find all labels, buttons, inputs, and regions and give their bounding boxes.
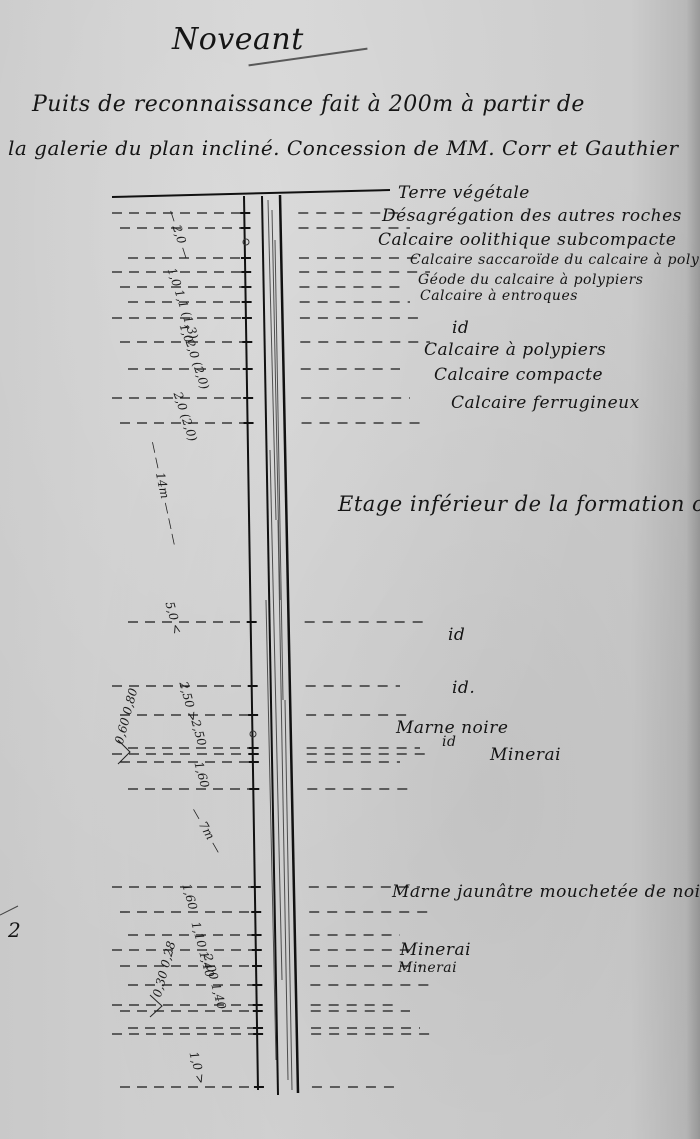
stratum-label-id-4: id — [442, 734, 456, 750]
stratum-label-marne-jaunatre: Marne jaunâtre mouchetée de noir — [392, 882, 700, 902]
stratum-label-calcaire-compacte: Calcaire compacte — [434, 365, 603, 385]
shaft-wall-left — [262, 196, 278, 1095]
stratum-label-minerai-1: Minerai — [490, 745, 561, 765]
stratum-label-calcaire-oolithique: Calcaire oolithique subcompacte — [378, 230, 676, 250]
shaft-wall-right — [280, 195, 298, 1093]
surface-line — [112, 190, 390, 197]
stratum-label-minerai-3: Minerai — [398, 960, 457, 976]
stratum-label-id-2: id — [448, 625, 465, 645]
stratum-label-calcaire-ferrugineux: Calcaire ferrugineux — [451, 393, 640, 413]
document-page: Noveant Puits de reconnaissance fait à 2… — [0, 0, 700, 1139]
well-log-diagram — [0, 0, 700, 1139]
margin-note: 2 — [8, 918, 21, 942]
stratum-label-etage-inferieur: Etage inférieur de la formation oolith. — [338, 492, 700, 516]
stratum-label-calcaire-polypiers: Calcaire à polypiers — [424, 340, 606, 360]
stratum-label-desagregation: Désagrégation des autres roches — [382, 206, 682, 226]
stratum-label-calcaire-saccaroide: Calcaire saccaroïde du calcaire à polypi… — [410, 252, 700, 268]
stratum-label-minerai-2: Minerai — [400, 940, 471, 960]
stratum-label-id-1: id — [452, 318, 469, 338]
stratum-label-calcaire-entroques: Calcaire à entroques — [420, 288, 578, 304]
depth-scale-line — [244, 196, 258, 1090]
stratum-label-terre-vegetale: Terre végétale — [398, 183, 530, 203]
stratum-label-id-3: id. — [452, 678, 475, 698]
stratum-label-geode-calcaire: Géode du calcaire à polypiers — [418, 272, 643, 288]
